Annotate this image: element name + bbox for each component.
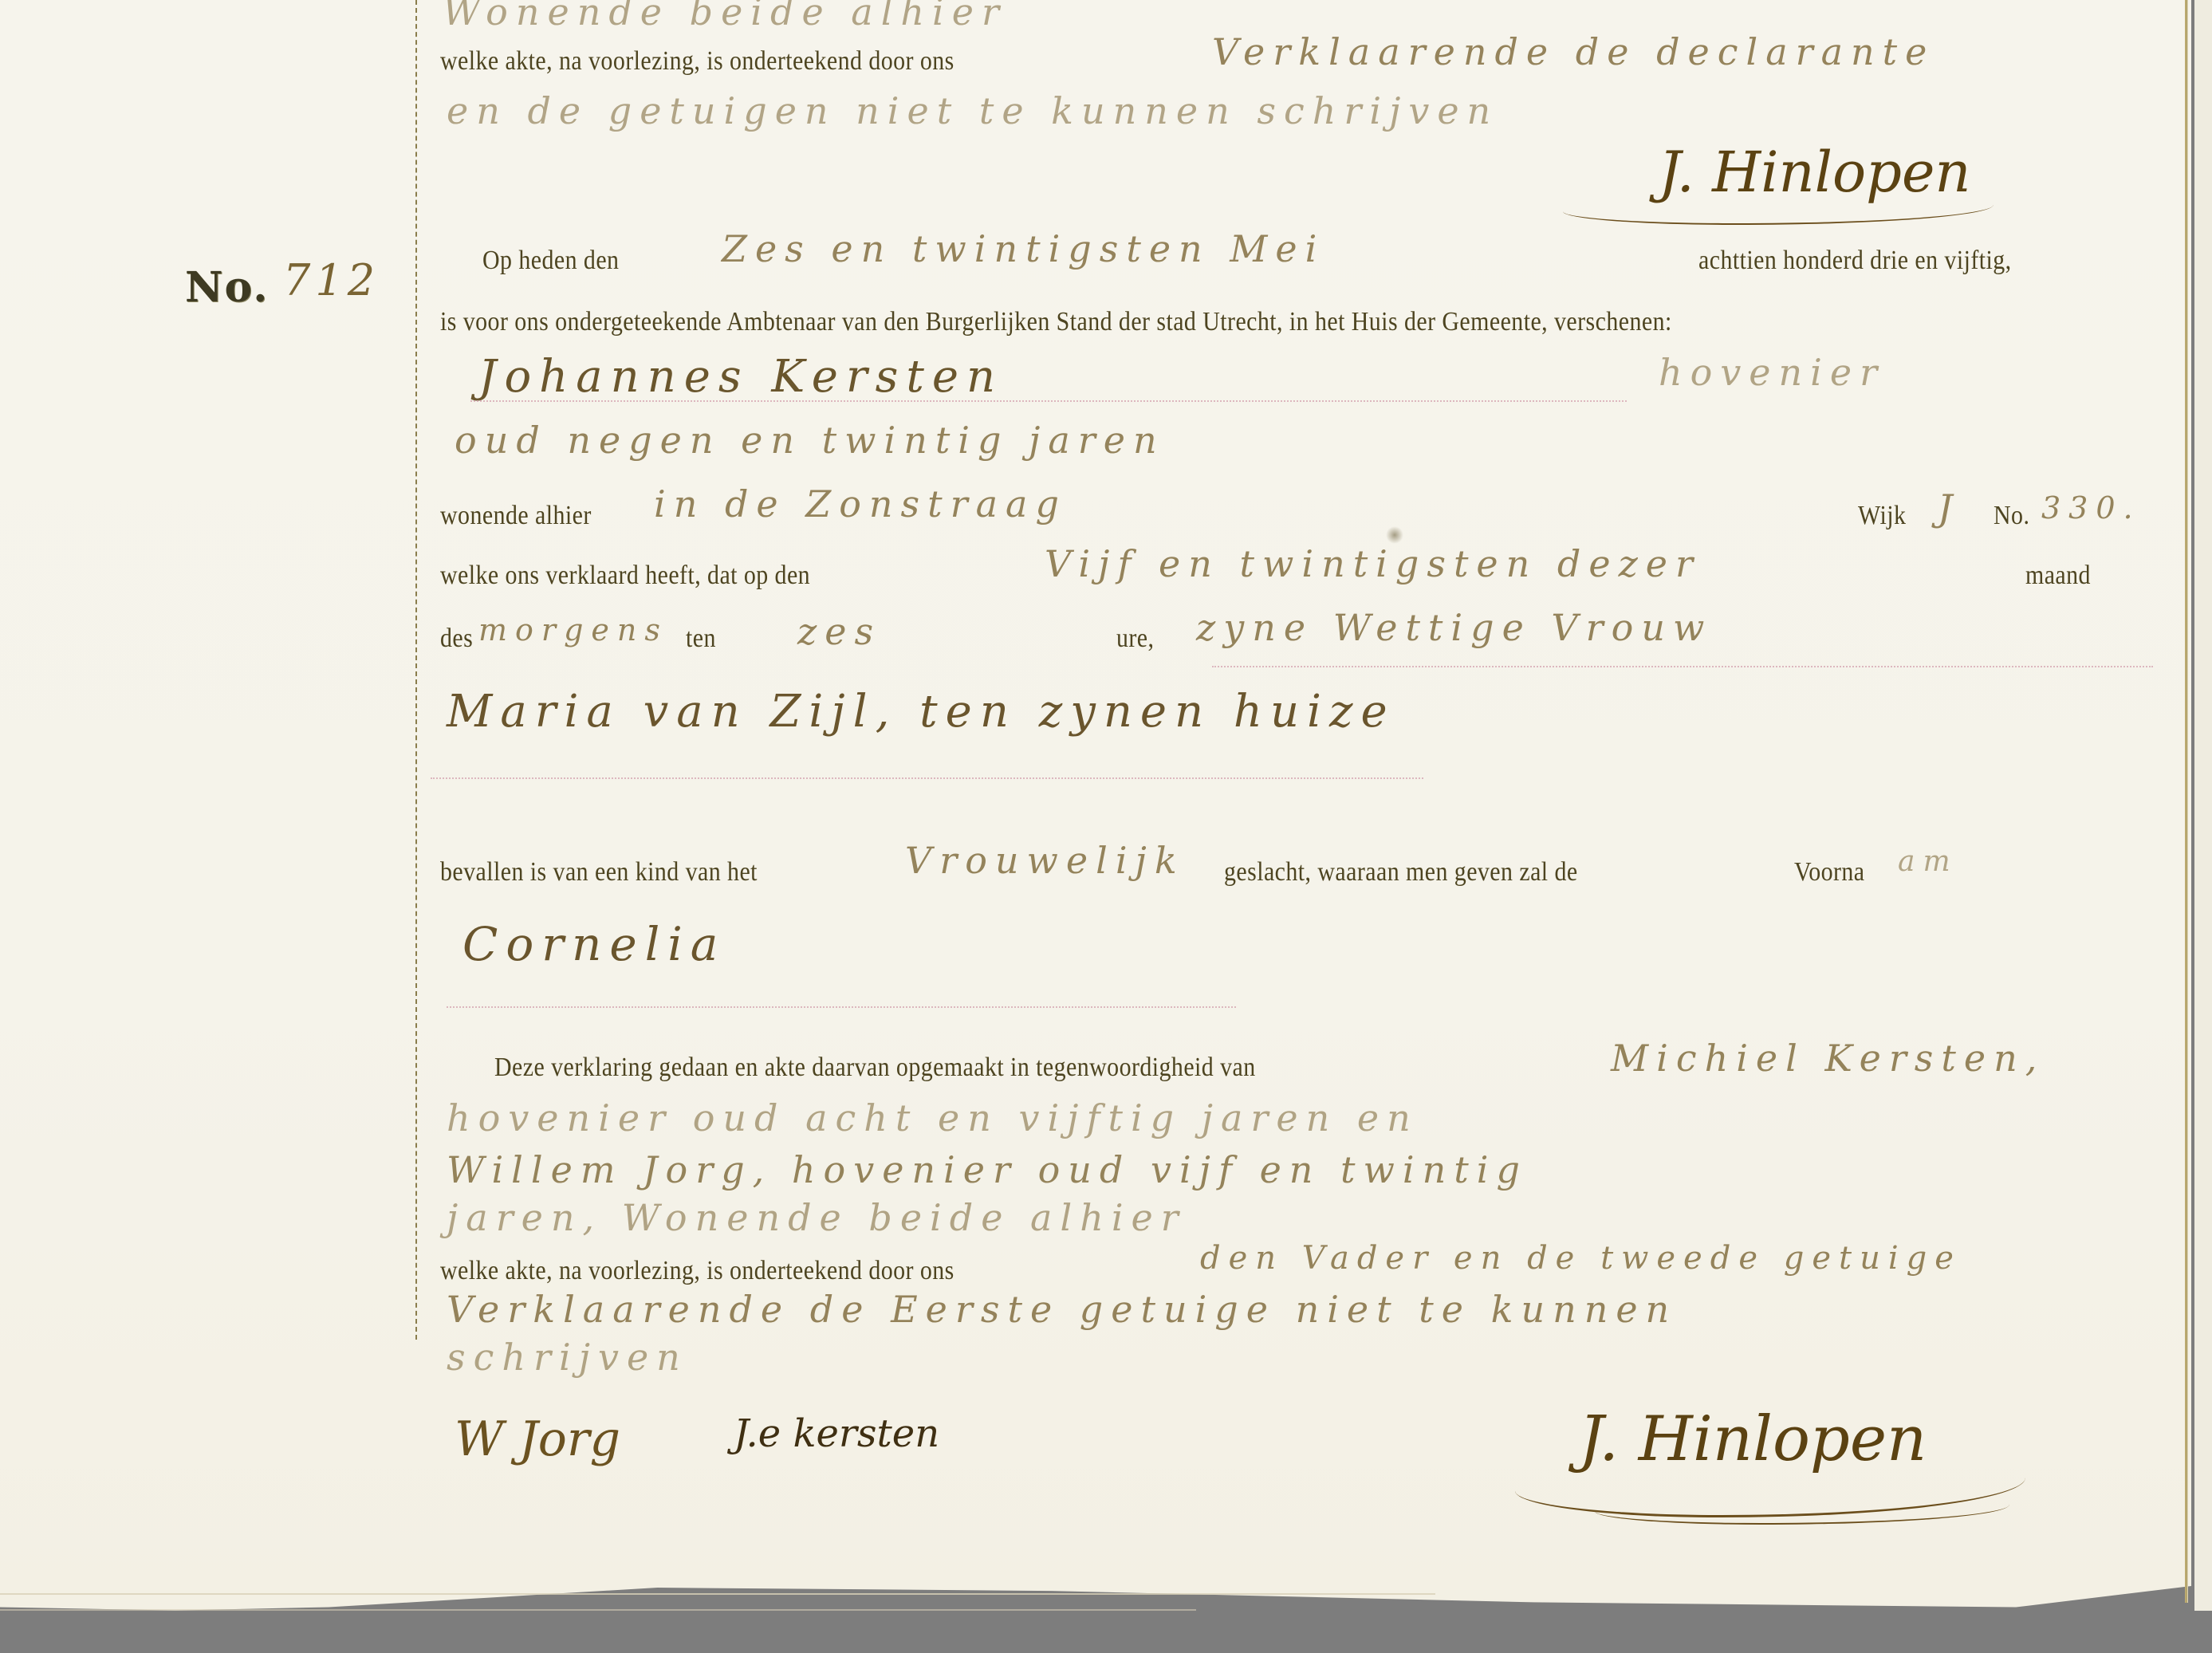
print-maand: maand: [2025, 561, 2091, 591]
print-ambtenaar-line: is voor ons ondergeteekende Ambtenaar va…: [440, 307, 1672, 337]
prev-hand-signed-1: Verklaarende de declarante: [1212, 30, 1935, 73]
hand-birth-date: Vijf en twintigsten dezer: [1045, 542, 1701, 585]
hand-signing-2: Verklaarende de Eerste getuige niet te k…: [447, 1288, 1677, 1331]
red-rule-4: [447, 1006, 1236, 1008]
page-bottom-edge: [0, 1593, 1435, 1603]
print-year: achttien honderd drie en vijftig,: [1698, 246, 2012, 276]
acte-number-label: No.: [185, 263, 269, 312]
red-rule-3: [431, 777, 1423, 779]
hand-wife-2: Maria van Zijl, ten zynen huize: [447, 686, 1395, 738]
print-bevallen: bevallen is van een kind van het: [440, 857, 758, 888]
print-voorna: Voorna: [1794, 857, 1865, 888]
red-rule-2: [1212, 666, 2153, 667]
print-verklaard: welke ons verklaard heeft, dat op den: [440, 561, 810, 591]
page-bottom-edge-underlying: [0, 1609, 1196, 1614]
hand-voorna-end: am: [1898, 845, 1958, 878]
print-geslacht: geslacht, waaraan men geven zal de: [1224, 857, 1578, 888]
hand-residence: in de Zonstraag: [654, 482, 1067, 525]
print-ten: ten: [686, 624, 716, 654]
father-signature: J.e kersten: [734, 1411, 939, 1456]
print-ure: ure,: [1116, 624, 1154, 654]
print-signed: welke akte, na voorlezing, is onderteeke…: [440, 1256, 954, 1286]
hand-hour: zes: [797, 610, 881, 653]
hand-house-no: 330.: [2041, 490, 2141, 525]
hand-wijk: J: [1938, 486, 1960, 529]
print-op-heden: Op heden den: [482, 246, 619, 276]
print-no: No.: [1994, 501, 2029, 531]
page-binding-edge: [2185, 0, 2188, 1603]
margin-rule: [415, 0, 417, 1340]
next-page-edge: [2194, 0, 2212, 1611]
hand-witness-2: hovenier oud acht en vijftig jaren en: [447, 1096, 1419, 1139]
hand-given-name: Cornelia: [462, 917, 726, 971]
hand-declarant-name: Johannes Kersten: [478, 351, 1003, 403]
print-wijk: Wijk: [1858, 501, 1906, 531]
print-des: des: [440, 624, 473, 654]
prev-hand-signed-2: en de getuigen niet te kunnen schrijven: [447, 89, 1498, 132]
hand-witness-3: Willem Jorg, hovenier oud vijf en twinti…: [447, 1148, 1528, 1191]
print-wonende-alhier: wonende alhier: [440, 501, 592, 531]
hand-signing-1: den Vader en de tweede getuige: [1200, 1240, 1962, 1277]
acte-number-value: 712: [283, 255, 380, 305]
hand-witness-4: jaren, Wonende beide alhier: [447, 1196, 1187, 1239]
print-tegenwoordigheid: Deze verklaring gedaan en akte daarvan o…: [494, 1053, 1256, 1083]
witness-signature: W Jorg: [455, 1411, 620, 1467]
hand-sex: Vrouwelijk: [905, 839, 1185, 882]
hand-wife-1: zyne Wettige Vrouw: [1196, 606, 1712, 649]
hand-signing-3: schrijven: [447, 1336, 688, 1379]
red-rule-1: [470, 400, 1627, 402]
hand-declarant-occupation: hovenier: [1659, 351, 1885, 394]
hand-witness-1: Michiel Kersten,: [1611, 1037, 2045, 1080]
hand-daypart: morgens: [478, 612, 668, 647]
prev-hand-residence: Wonende beide alhier: [443, 0, 1007, 33]
hand-date: Zes en twintigsten Mei: [722, 227, 1324, 270]
ink-stain: [1386, 526, 1403, 544]
prev-print-signed: welke akte, na voorlezing, is onderteeke…: [440, 46, 954, 77]
hand-declarant-age: oud negen en twintig jaren: [455, 419, 1165, 462]
